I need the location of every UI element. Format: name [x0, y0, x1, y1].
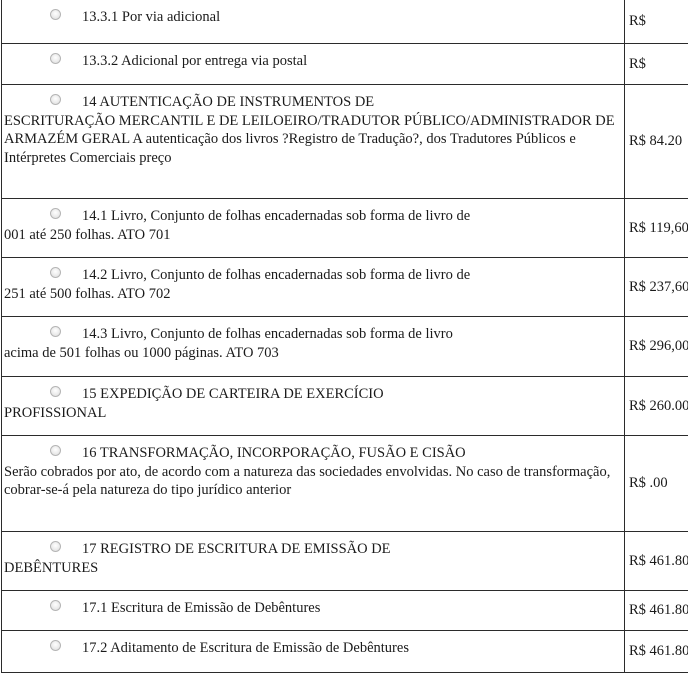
table-row: 15 EXPEDIÇÃO DE CARTEIRA DE EXERCÍCIO PR… — [2, 377, 688, 436]
fee-description: 14.1 Livro, Conjunto de folhas encaderna… — [44, 207, 618, 244]
fee-price-cell: R$ 260.00 — [625, 377, 688, 436]
fee-price: R$ — [629, 56, 646, 73]
fee-item-details: 251 até 500 folhas. ATO 702 — [4, 285, 618, 304]
fee-price-cell: R$ 237,60 — [625, 258, 688, 317]
fee-price-cell: R$ — [625, 44, 688, 85]
fee-description-cell: 17.2 Aditamento de Escritura de Emissão … — [2, 631, 625, 673]
table-row: 17 REGISTRO DE ESCRITURA DE EMISSÃO DE D… — [2, 532, 688, 591]
fee-price: R$ 461.80 — [629, 643, 688, 660]
fee-description-cell: 15 EXPEDIÇÃO DE CARTEIRA DE EXERCÍCIO PR… — [2, 377, 625, 436]
fee-price-cell: R$ 119,60 — [625, 199, 688, 258]
fee-price: R$ 119,60 — [629, 220, 688, 237]
fee-price-cell: R$ .00 — [625, 436, 688, 532]
fee-description: 17.2 Aditamento de Escritura de Emissão … — [44, 639, 618, 658]
service-radio-button[interactable] — [50, 386, 61, 397]
fee-item-label: 14.2 Livro, Conjunto de folhas encaderna… — [44, 267, 470, 283]
service-radio-button[interactable] — [50, 640, 61, 651]
service-radio-button[interactable] — [50, 53, 61, 64]
fee-item-details: Serão cobrados por ato, de acordo com a … — [4, 463, 618, 500]
fee-price: R$ 461.80 — [629, 553, 688, 570]
service-radio-button[interactable] — [50, 94, 61, 105]
service-radio-button[interactable] — [50, 600, 61, 611]
fee-description-cell: 14.1 Livro, Conjunto de folhas encaderna… — [2, 199, 625, 258]
fee-item-label: 14.1 Livro, Conjunto de folhas encaderna… — [44, 208, 470, 224]
fee-item-label: 17.1 Escritura de Emissão de Debêntures — [44, 600, 320, 616]
fee-price: R$ 260.00 — [629, 398, 688, 415]
fee-price: R$ .00 — [629, 475, 668, 492]
fee-description-cell: 14.2 Livro, Conjunto de folhas encaderna… — [2, 258, 625, 317]
table-row: 14.2 Livro, Conjunto de folhas encaderna… — [2, 258, 688, 317]
fee-price: R$ 296,00 — [629, 338, 688, 355]
table-row: 14.3 Livro, Conjunto de folhas encaderna… — [2, 317, 688, 377]
fee-description-cell: 13.3.1 Por via adicional — [2, 0, 625, 44]
table-row: 14 AUTENTICAÇÃO DE INSTRUMENTOS DE ESCRI… — [2, 85, 688, 199]
fee-description-cell: 14 AUTENTICAÇÃO DE INSTRUMENTOS DE ESCRI… — [2, 85, 625, 199]
fee-description-cell: 17.1 Escritura de Emissão de Debêntures — [2, 591, 625, 631]
fee-table: 13.3.1 Por via adicional R$ 13.3.2 Adici… — [1, 0, 688, 673]
fee-price-cell: R$ 461.80 — [625, 631, 688, 673]
fee-price-cell: R$ — [625, 0, 688, 44]
table-row: 17.2 Aditamento de Escritura de Emissão … — [2, 631, 688, 673]
fee-price-cell: R$ 84.20 — [625, 85, 688, 199]
fee-item-label: 14.3 Livro, Conjunto de folhas encaderna… — [44, 326, 453, 342]
fee-description: 14.3 Livro, Conjunto de folhas encaderna… — [44, 325, 618, 362]
fee-description-cell: 13.3.2 Adicional por entrega via postal — [2, 44, 625, 85]
fee-price: R$ 461.80 — [629, 602, 688, 619]
fee-description-cell: 17 REGISTRO DE ESCRITURA DE EMISSÃO DE D… — [2, 532, 625, 591]
service-radio-button[interactable] — [50, 267, 61, 278]
fee-item-label: 17 REGISTRO DE ESCRITURA DE EMISSÃO DE — [44, 541, 391, 557]
fee-price-cell: R$ 461.80 — [625, 591, 688, 631]
table-row: 14.1 Livro, Conjunto de folhas encaderna… — [2, 199, 688, 258]
fee-price: R$ 237,60 — [629, 279, 688, 296]
fee-description-cell: 14.3 Livro, Conjunto de folhas encaderna… — [2, 317, 625, 377]
fee-item-label: 14 AUTENTICAÇÃO DE INSTRUMENTOS DE — [44, 94, 374, 110]
fee-item-label: 16 TRANSFORMAÇÃO, INCORPORAÇÃO, FUSÃO E … — [44, 445, 466, 461]
fee-table-body: 13.3.1 Por via adicional R$ 13.3.2 Adici… — [2, 0, 688, 673]
fee-price-cell: R$ 461.80 — [625, 532, 688, 591]
table-row: 13.3.2 Adicional por entrega via postal … — [2, 44, 688, 85]
fee-item-details: 001 até 250 folhas. ATO 701 — [4, 226, 618, 245]
fee-item-details: DEBÊNTURES — [4, 559, 618, 578]
fee-description: 17.1 Escritura de Emissão de Debêntures — [44, 599, 618, 618]
fee-description: 14.2 Livro, Conjunto de folhas encaderna… — [44, 266, 618, 303]
fee-description: 14 AUTENTICAÇÃO DE INSTRUMENTOS DE ESCRI… — [44, 93, 618, 167]
fee-item-label: 15 EXPEDIÇÃO DE CARTEIRA DE EXERCÍCIO — [44, 386, 384, 402]
fee-item-details: PROFISSIONAL — [4, 404, 618, 423]
fee-price: R$ 84.20 — [629, 133, 682, 150]
fee-item-label: 17.2 Aditamento de Escritura de Emissão … — [44, 640, 409, 656]
fee-description: 13.3.1 Por via adicional — [44, 8, 618, 27]
table-row: 16 TRANSFORMAÇÃO, INCORPORAÇÃO, FUSÃO E … — [2, 436, 688, 532]
fee-price: R$ — [629, 13, 646, 30]
fee-price-cell: R$ 296,00 — [625, 317, 688, 377]
fee-item-label: 13.3.2 Adicional por entrega via postal — [44, 53, 307, 69]
fee-item-details: acima de 501 folhas ou 1000 páginas. ATO… — [4, 344, 618, 363]
table-row: 13.3.1 Por via adicional R$ — [2, 0, 688, 44]
fee-item-details: ESCRITURAÇÃO MERCANTIL E DE LEILOEIRO/TR… — [4, 112, 618, 168]
fee-description: 16 TRANSFORMAÇÃO, INCORPORAÇÃO, FUSÃO E … — [44, 444, 618, 500]
fee-description: 15 EXPEDIÇÃO DE CARTEIRA DE EXERCÍCIO PR… — [44, 385, 618, 422]
fee-description-cell: 16 TRANSFORMAÇÃO, INCORPORAÇÃO, FUSÃO E … — [2, 436, 625, 532]
service-radio-button[interactable] — [50, 208, 61, 219]
fee-item-label: 13.3.1 Por via adicional — [44, 9, 220, 25]
fee-description: 13.3.2 Adicional por entrega via postal — [44, 52, 618, 71]
service-radio-button[interactable] — [50, 445, 61, 456]
service-radio-button[interactable] — [50, 9, 61, 20]
service-radio-button[interactable] — [50, 326, 61, 337]
service-radio-button[interactable] — [50, 541, 61, 552]
table-row: 17.1 Escritura de Emissão de Debêntures … — [2, 591, 688, 631]
fee-description: 17 REGISTRO DE ESCRITURA DE EMISSÃO DE D… — [44, 540, 618, 577]
